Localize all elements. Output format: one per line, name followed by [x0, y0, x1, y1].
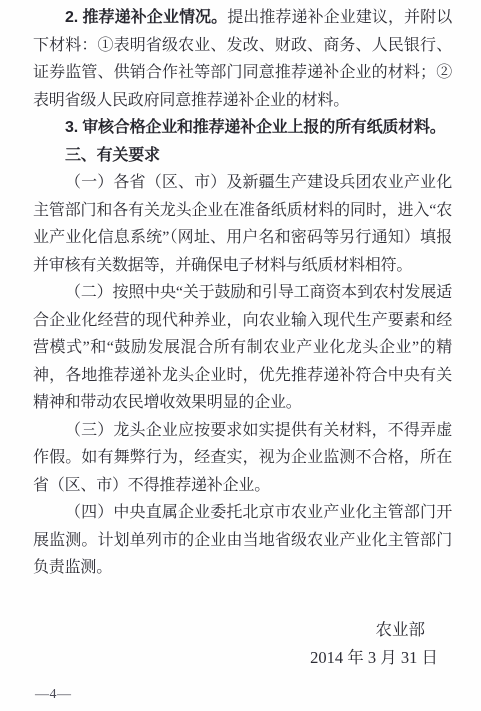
- section-heading-requirements: 三、有关要求: [33, 142, 452, 170]
- paragraph-requirement-3: （三）龙头企业应按要求如实提供有关材料，不得弄虚作假。如有舞弊行为，经查实，视为…: [33, 417, 452, 500]
- paragraph-requirement-1: （一）各省（区、市）及新疆生产建设兵团农业产业化主管部门和各有关龙头企业在准备纸…: [33, 169, 452, 279]
- document-page: 2. 推荐递补企业情况。提出推荐递补企业建议，并附以下材料：①表明省级农业、发改…: [0, 0, 481, 711]
- paragraph-text: （四）中央直属企业委托北京市农业产业化主管部门开展监测。计划单列市的企业由当地省…: [33, 504, 452, 576]
- paragraph-lead-bold: 2. 推荐递补企业情况。: [65, 9, 227, 26]
- signature-block: 农业部 2014 年 3 月 31 日: [33, 616, 452, 672]
- paragraph-text: （二）按照中央“关于鼓励和引导工商资本到农村发展适合企业化经营的现代种养业，向农…: [33, 284, 452, 411]
- page-number: —4—: [35, 687, 72, 703]
- paragraph-text: （三）龙头企业应按要求如实提供有关材料，不得弄虚作假。如有舞弊行为，经查实，视为…: [33, 422, 452, 494]
- issue-date: 2014 年 3 月 31 日: [33, 644, 438, 672]
- document-body: 2. 推荐递补企业情况。提出推荐递补企业建议，并附以下材料：①表明省级农业、发改…: [33, 4, 452, 582]
- section-heading-bold: 三、有关要求: [65, 147, 160, 164]
- issuing-authority: 农业部: [33, 616, 425, 644]
- paragraph-requirement-2: （二）按照中央“关于鼓励和引导工商资本到农村发展适合企业化经营的现代种养业，向农…: [33, 279, 452, 417]
- paragraph-item-3: 3. 审核合格企业和推荐递补企业上报的所有纸质材料。: [33, 114, 452, 142]
- paragraph-item-2: 2. 推荐递补企业情况。提出推荐递补企业建议，并附以下材料：①表明省级农业、发改…: [33, 4, 452, 114]
- paragraph-lead-bold: 3. 审核合格企业和推荐递补企业上报的所有纸质材料。: [65, 119, 446, 136]
- paragraph-requirement-4: （四）中央直属企业委托北京市农业产业化主管部门开展监测。计划单列市的企业由当地省…: [33, 499, 452, 582]
- paragraph-text: （一）各省（区、市）及新疆生产建设兵团农业产业化主管部门和各有关龙头企业在准备纸…: [33, 174, 452, 274]
